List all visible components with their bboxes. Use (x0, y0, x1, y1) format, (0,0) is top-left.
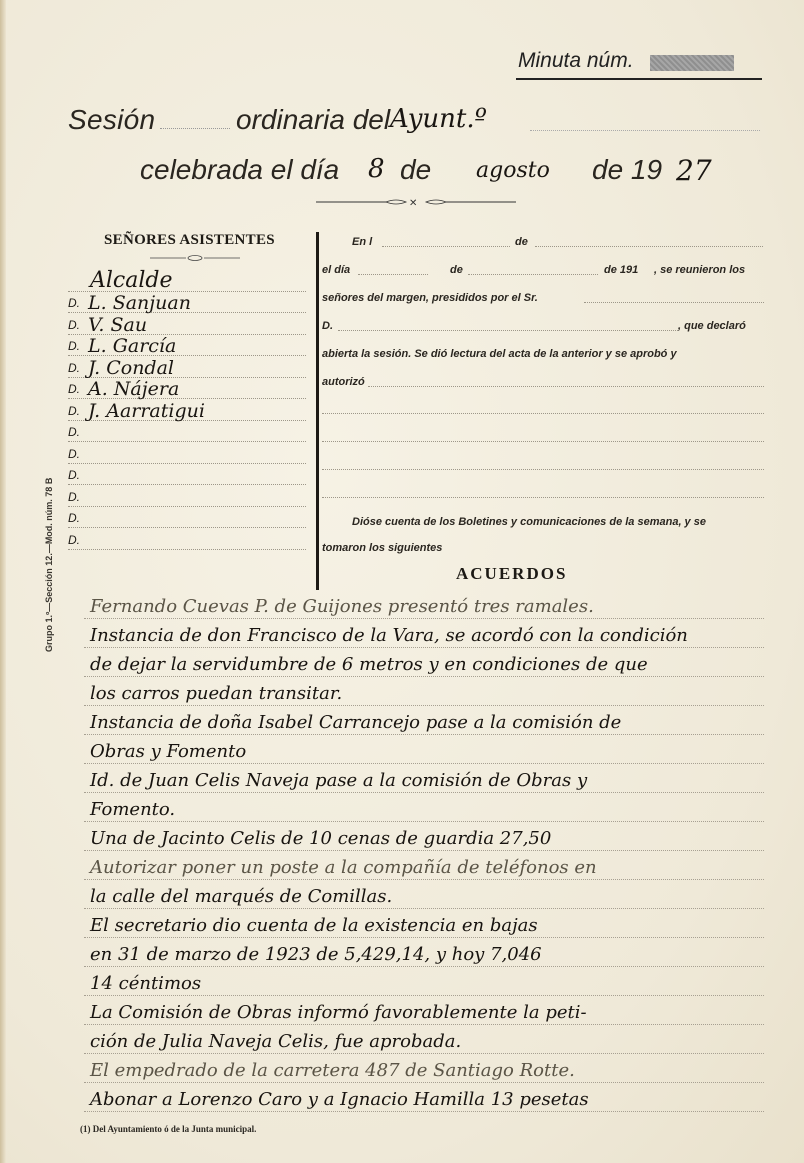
acuerdo-line: Fernando Cuevas P. de Guijones presentó … (90, 596, 594, 617)
ruled-line (84, 821, 764, 822)
acuerdo-line: Fomento. (90, 799, 175, 820)
ruled-line (84, 792, 764, 793)
attendee-prefix: D. (68, 447, 80, 461)
attendee-prefix: D. (68, 361, 80, 375)
de-label: de (400, 154, 431, 186)
boletines-line1: Dióse cuenta de los Boletines y comunica… (352, 516, 706, 528)
fill-line (322, 469, 764, 470)
minuta-header: Minuta núm. (516, 48, 762, 80)
attendee-row: D.V. Sau (68, 314, 306, 335)
attendee-row: D. (68, 486, 306, 507)
preamble-declaro: , que declaró (678, 320, 746, 332)
fill-line (322, 497, 764, 498)
year-handwritten: 27 (676, 154, 712, 187)
attendee-prefix: D. (68, 533, 80, 547)
fill-line (535, 246, 763, 247)
fill-line (584, 302, 764, 303)
preamble-autorizo: autorizó (322, 376, 365, 388)
attendee-row: D. (68, 421, 306, 442)
attendee-row: D.A. Nájera (68, 378, 306, 399)
ruled-line (84, 1111, 764, 1112)
title-fill-line (530, 130, 760, 131)
attendees-heading: SEÑORES ASISTENTES (104, 232, 275, 249)
acuerdo-line: los carros puedan transitar. (90, 683, 342, 704)
acuerdo-line: Obras y Fomento (90, 741, 246, 762)
margin-note: Grupo 1.º—Sección 12.—Mod. núm. 78 B (44, 478, 54, 652)
celebrada-label: celebrada el día (140, 154, 339, 186)
attendee-row: D. (68, 443, 306, 464)
fill-line (338, 330, 678, 331)
column-divider (316, 232, 319, 590)
fill-line (322, 413, 764, 414)
ruled-line (84, 705, 764, 706)
attendee-prefix: D. (68, 490, 80, 504)
fill-line (382, 246, 510, 247)
fill-line (468, 274, 598, 275)
acuerdo-line: en 31 de marzo de 1923 de 5,429,14, y ho… (90, 944, 542, 965)
acuerdos-heading: ACUERDOS (456, 564, 567, 584)
ornament-divider: ✕ (316, 196, 516, 208)
day-handwritten: 8 (368, 154, 385, 184)
boletines-line2: tomaron los siguientes (322, 542, 442, 554)
attendee-role-row: Alcalde (68, 268, 306, 292)
ruled-line (84, 879, 764, 880)
attendee-prefix: D. (68, 468, 80, 482)
attendee-prefix: D. (68, 382, 80, 396)
attendee-name: J. Aarratigui (88, 400, 205, 422)
ruled-line (84, 1082, 764, 1083)
preamble-de-label: de (515, 236, 528, 248)
ruled-line (84, 1053, 764, 1054)
attendee-name: A. Nájera (88, 378, 179, 400)
attendee-row: D.J. Aarratigui (68, 400, 306, 421)
ruled-line (84, 618, 764, 619)
acuerdo-line: Instancia de don Francisco de la Vara, s… (90, 625, 688, 646)
attendee-prefix: D. (68, 511, 80, 525)
ruled-line (84, 1024, 764, 1025)
year-prefix: de 19 (592, 154, 662, 186)
document-page: Minuta núm. Sesión ordinaria del Ayunt.º… (0, 0, 804, 1163)
sesion-label: Sesión (68, 104, 155, 136)
attendees-ornament (150, 254, 240, 262)
acuerdo-line: la calle del marqués de Comillas. (90, 886, 392, 907)
ruled-line (84, 734, 764, 735)
fill-line (322, 441, 764, 442)
acuerdo-line: Autorizar poner un poste a la compañía d… (90, 857, 597, 878)
attendee-role: Alcalde (90, 268, 173, 293)
acuerdo-line: El empedrado de la carretera 487 de Sant… (90, 1060, 575, 1081)
fill-line (358, 274, 428, 275)
attendee-row: D. (68, 464, 306, 485)
ruled-line (84, 763, 764, 764)
ruled-line (84, 676, 764, 677)
ruled-line (84, 647, 764, 648)
preamble-year-label: de 191 (604, 264, 638, 276)
attendee-name: L. García (88, 335, 176, 357)
acuerdo-line: Id. de Juan Celis Naveja pase a la comis… (90, 770, 587, 791)
attendee-row: D. (68, 529, 306, 550)
preamble-d-label: D. (322, 320, 333, 332)
binding-edge (0, 0, 6, 1163)
attendee-prefix: D. (68, 425, 80, 439)
preamble-line3: señores del margen, presididos por el Sr… (322, 292, 538, 304)
attendee-prefix: D. (68, 296, 80, 310)
attendee-prefix: D. (68, 404, 80, 418)
attendee-prefix: D. (68, 318, 80, 332)
svg-text:✕: ✕ (409, 198, 417, 208)
month-handwritten: agosto (476, 158, 550, 183)
ruled-line (84, 908, 764, 909)
acuerdo-line: Abonar a Lorenzo Caro y a Ignacio Hamill… (90, 1089, 589, 1110)
acuerdo-line: Instancia de doña Isabel Carrancejo pase… (90, 712, 621, 733)
preamble-line5: abierta la sesión. Se dió lectura del ac… (322, 348, 677, 360)
ruled-line (84, 995, 764, 996)
preamble-de2-label: de (450, 264, 463, 276)
footnote: (1) Del Ayuntamiento ó de la Junta munic… (80, 1124, 256, 1134)
acuerdo-line: La Comisión de Obras informó favorableme… (90, 1002, 587, 1023)
fill-line (368, 386, 764, 387)
sesion-fill-line (160, 128, 230, 129)
attendee-row: D. (68, 507, 306, 528)
attendee-row: D.J. Condal (68, 357, 306, 378)
acuerdo-line: El secretario dio cuenta de la existenci… (90, 915, 538, 936)
attendee-prefix: D. (68, 339, 80, 353)
preamble-reunieron: , se reunieron los (654, 264, 745, 276)
ruled-line (84, 966, 764, 967)
ruled-line (84, 937, 764, 938)
minuta-label: Minuta núm. (518, 49, 634, 73)
preamble-en-label: En l (352, 236, 372, 248)
preamble-dia-label: el día (322, 264, 350, 276)
acuerdo-line: Una de Jacinto Celis de 10 cenas de guar… (90, 828, 551, 849)
attendee-row: D.L. García (68, 335, 306, 356)
ordinaria-label: ordinaria del (236, 104, 390, 136)
attendee-name: J. Condal (88, 357, 174, 379)
minuta-number-redacted (650, 55, 734, 71)
attendee-name: L. Sanjuan (88, 292, 191, 314)
ruled-line (84, 850, 764, 851)
acuerdo-line: ción de Julia Naveja Celis, fue aprobada… (90, 1031, 461, 1052)
acuerdo-line: de dejar la servidumbre de 6 metros y en… (90, 654, 648, 675)
attendee-row: D.L. Sanjuan (68, 292, 306, 313)
attendee-name: V. Sau (88, 314, 147, 336)
organism-handwritten: Ayunt.º (390, 104, 487, 134)
acuerdo-line: 14 céntimos (90, 973, 201, 994)
